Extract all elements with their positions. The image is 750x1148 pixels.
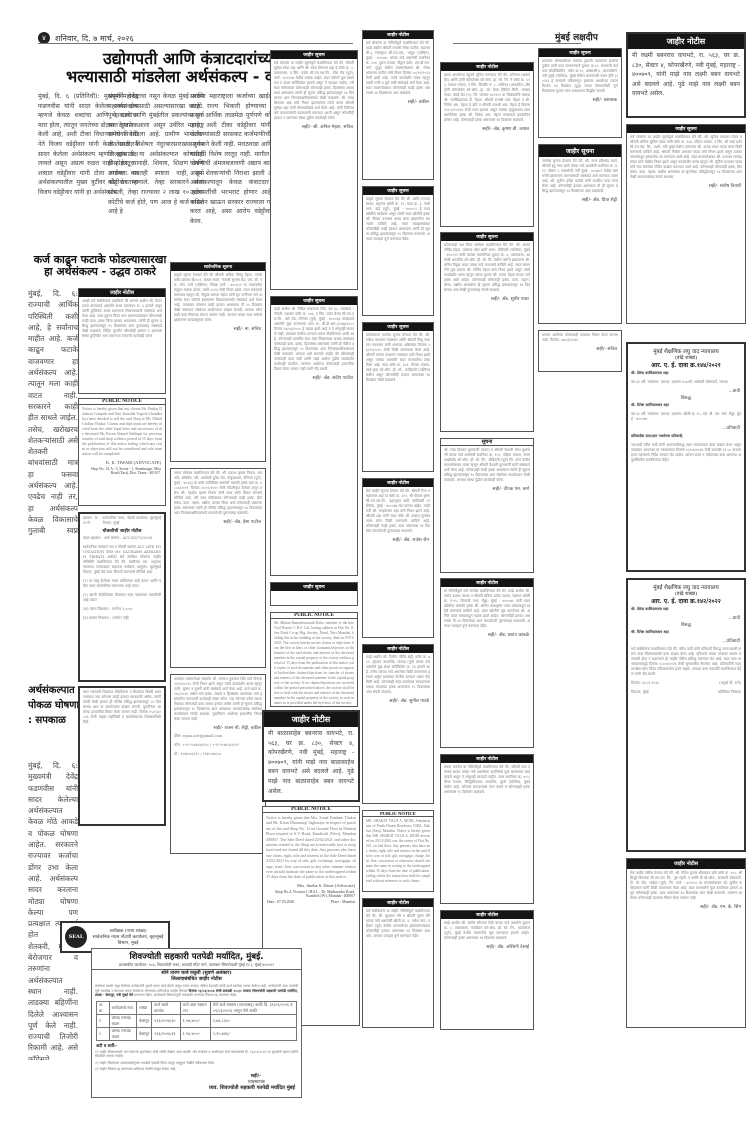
notice-box-right-3: सूचना श्री. रमेश दिनकर कुलकर्णी (मयत) व …: [440, 438, 534, 573]
court-notice-2: मुंबई शैक्षणिक लघु वाद न्यायालय (वांद्रे…: [626, 578, 746, 852]
name-change-notice-lakshmi: जाहीर नोटीस मी लक्ष्मी बबनराव वायभटे, रा…: [626, 32, 746, 118]
public-notice-box-center-5: जाहीर नोटीस सर्व संबंधितांना या जाहीर नो…: [362, 898, 434, 1028]
coop-society-notice: PUBLIC NOTICE Mr. Mohan Rameshwarnath Ka…: [270, 612, 358, 707]
table-row: २ प्रसाद रामचंद्र कदम वेळापूर ५१३/२०२४/३…: [97, 1027, 297, 1040]
notice-box-right-5: जाहीर नोटीस तमाम जनतेस या नोटिसीद्वारे क…: [440, 754, 534, 904]
second-story-body: मुंबई, दि. ६: राज्याची आर्थिक परिस्थिती …: [28, 288, 78, 538]
english-notice-vaghasiya: PUBLIC NOTICE MR. SHARAT VALJI A. MODI, …: [362, 810, 434, 892]
sale-notice-box: तमाम लोकांस कळविण्यात येते की, श्री. प्र…: [170, 468, 266, 668]
public-notice-box-center-4: जाहीर नोटीस माझे अशील श्री. दिलीप गोविंद…: [362, 644, 434, 804]
notice-box-right-1: जाहीर नोटीस हयात असलेल्या पहुवारे सूचित …: [440, 62, 534, 227]
name-change-notice-balasaheb: जाहीर नोटीस मी बाळासाहेब बबनराव वायभटे, …: [262, 710, 360, 802]
general-notice-box: सार्वजनिक सूचना याद्वारे सूचना देण्यात य…: [170, 262, 266, 462]
trust-notice-continued: सदर न्यासाची मिळकत नोंदविताना व मिळकत वि…: [78, 686, 166, 826]
third-headline: अर्थसंकल्पात पोकळ घोषणा : सपकाळ: [28, 683, 80, 728]
society-address: प्रशासकीय कार्यालय: ५०३, शिवज्योती भवन, …: [92, 962, 301, 970]
court-notice-1: मुंबई शैक्षणिक लघु वाद न्यायालय (वांद्रे…: [626, 342, 746, 572]
public-notice-box-center-3: जाहीर नोटीस येथे जाहीर सूचना देण्यात येत…: [362, 478, 434, 638]
society-name: शिवज्योती सहकारी पतपेढी मर्यादित, मुंबई.: [92, 949, 301, 962]
section-rule: [453, 43, 581, 44]
notice-info-box-1: जाहीर सूचना सर्व लोकांस या जाहीर सूचनेद्…: [270, 50, 358, 290]
loan-table-wrap: अ. क्र. कर्जदाराचे नाव शाखा कर्ज खाते क्…: [92, 1000, 301, 1042]
loan-table: अ. क्र. कर्जदाराचे नाव शाखा कर्ज खाते क्…: [96, 1001, 297, 1041]
public-info-box-center: जाहीर सूचना याद्वारे सूचना देण्यात येते …: [362, 186, 434, 316]
table-row: १ प्रसाद रामचंद्र कदम वेळापूर ५१३/२०२४/३…: [97, 1014, 297, 1027]
public-info-box-right-col: जाहीर सूचना आपल्या सोसायटीच्या सदस्या दु…: [538, 48, 622, 138]
section-title: मुंबई लक्षदीप: [555, 30, 598, 43]
notice-info-box-2: जाहीर सूचना माझे अशील श्री. गिरीश माधवरा…: [270, 296, 358, 576]
notice-box-right-6: जाहीर नोटीस माझे अशील श्री. संतोष भीमराव…: [440, 910, 534, 1030]
official-seal-icon: SEAL: [65, 926, 87, 948]
masthead-rule: [38, 43, 353, 44]
notice-box-duplicate: जाहीर नोटीस आम्ही सर्व संबंधितांना कळवित…: [78, 288, 166, 394]
masthead: ४ शनिवार, दि. ७ मार्च, २०२६: [38, 28, 353, 48]
notice-body: आम्ही सर्व संबंधितांना कळवितो की आमचे अश…: [79, 297, 165, 341]
issue-date: शनिवार, दि. ७ मार्च, २०२६: [55, 33, 134, 44]
second-headline: कर्ज काढून फटाके फोडल्यासारखा हा अर्थसंक…: [20, 254, 180, 279]
public-notice-far-right-bottom: जाहीर नोटीस येथे जाहीर नोटीस देण्यात येत…: [626, 858, 746, 1028]
public-notice-tiwari: PUBLIC NOTICE Notice is hereby given tha…: [78, 398, 166, 506]
public-info-box-right-col-2: जाहीर सूचना जनतेस सूचना देण्यात येते की,…: [538, 144, 622, 324]
notice-box-right-2: जाहीर सूचना कोणत्याही पक्ष किंवा संस्थेल…: [440, 232, 534, 432]
public-info-box-center-2: जाहीर सूचना सर्वसामान्य जनतेस सूचना देण्…: [362, 322, 434, 472]
public-notice-box-top: जाहीर नोटीस सर्व लोकांना या नोटिसीद्वारे…: [362, 30, 434, 180]
public-info-box-far-right: जाहीर सूचना सर्व लोकांना या जाहीर सूचनेद…: [626, 124, 746, 324]
notice-info-box-3: जाहीर सूचना: [270, 582, 358, 606]
third-story-body: मुंबई, दि. ६: मुख्यमंत्री देवेंद्र फडणवी…: [28, 760, 78, 1060]
heir-notice-box: उपरोक्त मालमत्तेच्या संदर्भात श्री. नवना…: [170, 674, 266, 854]
trust-inquiry-notice: प्रकरण क्र. : अ.नो. सार्वजनिक न्यास, नों…: [78, 512, 166, 682]
gold-loan-auction-notice: शिवज्योती सहकारी पतपेढी मर्यादित, मुंबई.…: [91, 948, 302, 1098]
notice-box-right-4: जाहीर नोटीस या नोटिसीद्वारे सर्व जनतेस क…: [440, 578, 534, 748]
notice-signoff-right: यानंतर आलेल्या कोणत्याही दाव्याचा विचार …: [538, 330, 622, 372]
